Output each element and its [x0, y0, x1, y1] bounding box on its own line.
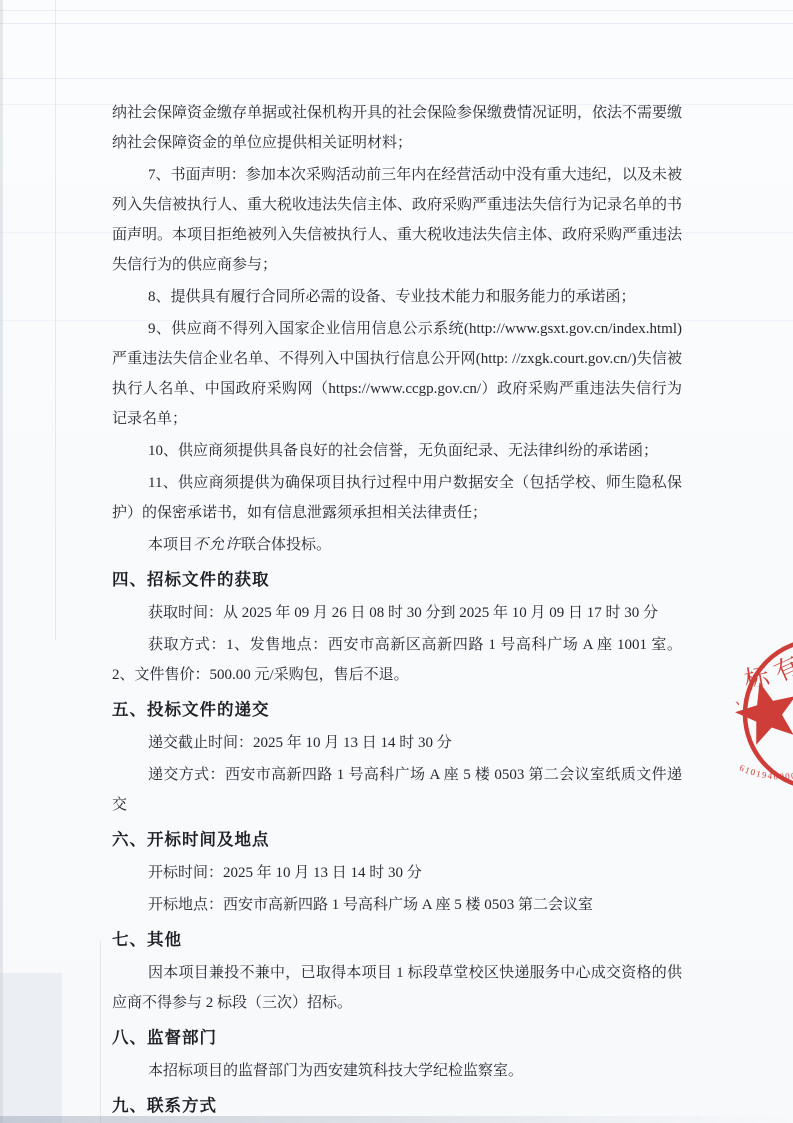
section: 九、联系方式	[112, 1091, 682, 1121]
section: 六、开标时间及地点开标时间：2025 年 10 月 13 日 14 时 30 分…	[112, 825, 682, 920]
section: 八、监督部门本招标项目的监督部门为西安建筑科技大学纪检监察室。	[112, 1023, 682, 1086]
section-line: 递交截止时间：2025 年 10 月 13 日 14 时 30 分	[112, 728, 682, 758]
stamp-serial: 6101940000	[738, 763, 793, 782]
notice-items: 7、书面声明：参加本次采购活动前三年内在经营活动中没有重大违纪，以及未被列入失信…	[112, 160, 682, 528]
scan-artifact	[0, 0, 3, 1123]
sections: 四、招标文件的获取获取时间：从 2025 年 09 月 26 日 08 时 30…	[112, 565, 682, 1121]
section-line: 获取时间：从 2025 年 09 月 26 日 08 时 30 分到 2025 …	[112, 598, 682, 628]
section-line: 因本项目兼投不兼中，已取得本项目 1 标段草堂校区快递服务中心成交资格的供应商不…	[112, 958, 682, 1018]
jv-note-prefix: 本项目	[148, 537, 193, 553]
scan-artifact	[0, 973, 62, 1123]
notice-item: 11、供应商须提供为确保项目执行过程中用户数据安全（包括学校、师生隐私保护）的保…	[112, 468, 682, 528]
red-seal-stamp: 、 标 有 6101940000	[733, 626, 793, 804]
section-line: 开标地点：西安市高新四路 1 号高科广场 A 座 5 楼 0503 第二会议室	[112, 890, 682, 920]
section-line: 获取方式：1、发售地点：西安市高新区高新四路 1 号高科广场 A 座 1001 …	[112, 630, 682, 690]
scan-artifact	[0, 10, 793, 11]
document-content: 纳社会保障资金缴存单据或社保机构开具的社会保险参保缴费情况证明，依法不需要缴纳社…	[112, 98, 682, 1123]
scanned-document-page: 纳社会保障资金缴存单据或社保机构开具的社会保险参保缴费情况证明，依法不需要缴纳社…	[0, 0, 793, 1123]
stamp-text-2: 有	[770, 652, 793, 688]
section-heading: 四、招标文件的获取	[112, 565, 682, 595]
notice-item: 7、书面声明：参加本次采购活动前三年内在经营活动中没有重大违纪，以及未被列入失信…	[112, 160, 682, 280]
section-heading: 五、投标文件的递交	[112, 695, 682, 725]
section: 四、招标文件的获取获取时间：从 2025 年 09 月 26 日 08 时 30…	[112, 565, 682, 690]
section: 七、其他因本项目兼投不兼中，已取得本项目 1 标段草堂校区快递服务中心成交资格的…	[112, 925, 682, 1018]
section-heading: 九、联系方式	[112, 1091, 682, 1121]
section-line: 开标时间：2025 年 10 月 13 日 14 时 30 分	[112, 858, 682, 888]
jv-note-emphasis: 不允许	[193, 537, 241, 553]
section-heading: 八、监督部门	[112, 1023, 682, 1053]
stamp-punct: 、	[735, 693, 749, 708]
section: 五、投标文件的递交递交截止时间：2025 年 10 月 13 日 14 时 30…	[112, 695, 682, 820]
section-heading: 七、其他	[112, 925, 682, 955]
scan-artifact	[0, 78, 793, 79]
notice-item: 10、供应商须提供具备良好的社会信誉，无负面纪录、无法律纠纷的承诺函；	[112, 436, 682, 466]
continuation-paragraph: 纳社会保障资金缴存单据或社保机构开具的社会保险参保缴费情况证明，依法不需要缴纳社…	[112, 98, 682, 158]
notice-item: 8、提供具有履行合同所必需的设备、专业技术能力和服务能力的承诺函；	[112, 282, 682, 312]
section-line: 递交方式：西安市高新四路 1 号高科广场 A 座 5 楼 0503 第二会议室纸…	[112, 760, 682, 820]
scan-artifact	[100, 940, 101, 1123]
section-heading: 六、开标时间及地点	[112, 825, 682, 855]
stamp-border	[745, 640, 793, 788]
jv-note-suffix: 联合体投标。	[241, 537, 331, 553]
notice-item: 9、供应商不得列入国家企业信用信息公示系统(http://www.gsxt.go…	[112, 314, 682, 434]
stamp-text-1: 标	[742, 663, 772, 695]
star-icon	[735, 682, 793, 745]
section-line: 本招标项目的监督部门为西安建筑科技大学纪检监察室。	[112, 1056, 682, 1086]
scan-artifact	[0, 23, 793, 24]
jv-note: 本项目不允许联合体投标。	[112, 530, 682, 560]
scan-artifact	[55, 0, 56, 640]
